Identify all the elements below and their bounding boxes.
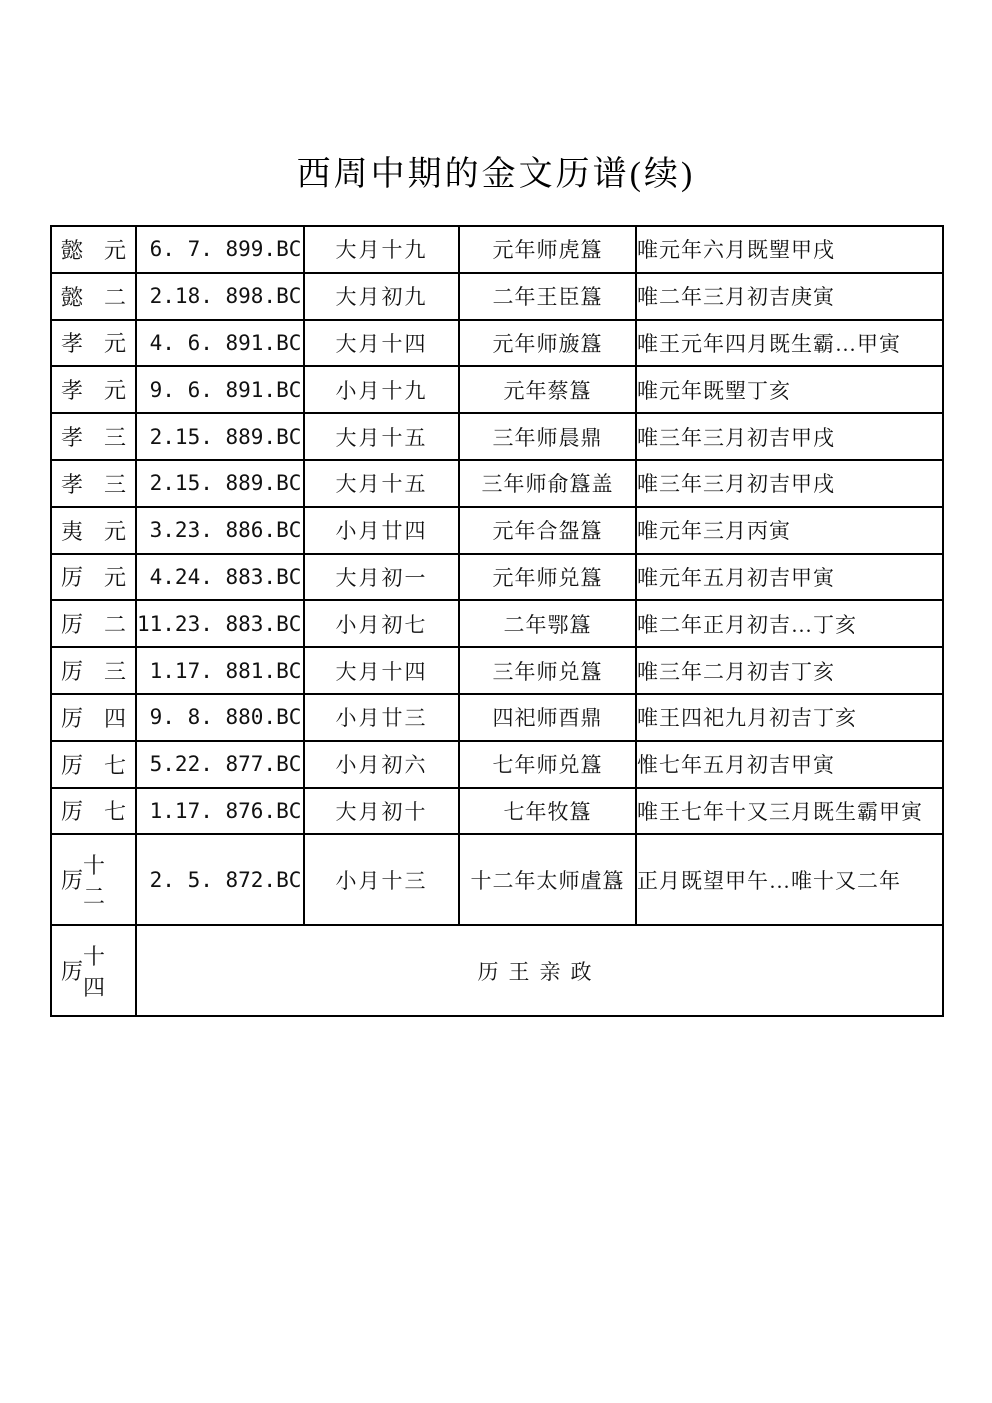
month-cell: 大月十四 xyxy=(304,647,459,694)
king-label: 厉 xyxy=(61,702,83,733)
month-cell: 大月十九 xyxy=(304,226,459,273)
date-cell: 4.24. 883.BC. xyxy=(136,554,304,601)
month-cell: 小月十九 xyxy=(304,366,459,413)
calendar-table: 懿 元 6. 7. 899.BC. 大月十九 元年师虎簋 唯元年六月既朢甲戌 懿… xyxy=(50,225,944,1017)
year-label: 三 xyxy=(104,421,126,452)
table-row: 厉 二 11.23. 883.BC. 小月初七 二年鄂簋 唯二年正月初吉…丁亥 xyxy=(51,600,943,647)
king-label: 厉 xyxy=(61,864,83,895)
vessel-cell: 十二年太师虘簋 xyxy=(459,834,636,925)
inscription-cell: 唯王四祀九月初吉丁亥 xyxy=(636,694,943,741)
king-label: 厉 xyxy=(61,655,83,686)
vessel-cell: 三年师晨鼎 xyxy=(459,413,636,460)
king-label: 厉 xyxy=(61,795,83,826)
table-row: 厉 三 1.17. 881.BC. 大月十四 三年师兑簋 唯三年二月初吉丁亥 xyxy=(51,647,943,694)
king-year-cell: 夷 元 xyxy=(51,507,136,554)
king-year-cell: 孝 三 xyxy=(51,460,136,507)
inscription-cell: 唯王七年十又三月既生霸甲寅 xyxy=(636,788,943,835)
table-row: 厉 十二 2. 5. 872.BC. 小月十三 十二年太师虘簋 正月既望甲午…唯… xyxy=(51,834,943,925)
king-label: 厉 xyxy=(61,608,83,639)
year-label: 三 xyxy=(104,468,126,499)
month-cell: 小月廿四 xyxy=(304,507,459,554)
table-row: 懿 二 2.18. 898.BC. 大月初九 二年王臣簋 唯二年三月初吉庚寅 xyxy=(51,273,943,320)
vessel-cell: 元年师虎簋 xyxy=(459,226,636,273)
document-page: 西周中期的金文历谱(续) 懿 元 6. 7. 899.BC. 大月十九 元年师虎… xyxy=(0,0,992,1403)
year-label: 十二 xyxy=(83,849,126,911)
month-cell: 小月廿三 xyxy=(304,694,459,741)
table-row: 孝 三 2.15. 889.BC. 大月十五 三年师晨鼎 唯三年三月初吉甲戌 xyxy=(51,413,943,460)
inscription-cell: 唯二年三月初吉庚寅 xyxy=(636,273,943,320)
king-year-cell: 孝 元 xyxy=(51,366,136,413)
vessel-cell: 元年合盌簋 xyxy=(459,507,636,554)
year-label: 二 xyxy=(104,608,126,639)
year-label: 七 xyxy=(104,749,126,780)
king-year-cell: 厉 十二 xyxy=(51,834,136,925)
king-year-cell: 厉 四 xyxy=(51,694,136,741)
inscription-cell: 唯元年六月既朢甲戌 xyxy=(636,226,943,273)
date-cell: 2.15. 889.BC. xyxy=(136,413,304,460)
king-year-cell: 厉 二 xyxy=(51,600,136,647)
inscription-cell: 唯三年三月初吉甲戌 xyxy=(636,460,943,507)
date-cell: 9. 6. 891.BC. xyxy=(136,366,304,413)
year-label: 七 xyxy=(104,795,126,826)
vessel-cell: 七年牧簋 xyxy=(459,788,636,835)
month-cell: 大月初十 xyxy=(304,788,459,835)
date-cell: 4. 6. 891.BC. xyxy=(136,320,304,367)
year-label: 三 xyxy=(104,655,126,686)
vessel-cell: 三年师俞簋盖 xyxy=(459,460,636,507)
month-cell: 小月初六 xyxy=(304,741,459,788)
date-cell: 2.15. 889.BC. xyxy=(136,460,304,507)
month-cell: 大月初一 xyxy=(304,554,459,601)
date-cell: 9. 8. 880.BC. xyxy=(136,694,304,741)
vessel-cell: 二年鄂簋 xyxy=(459,600,636,647)
king-year-cell: 孝 三 xyxy=(51,413,136,460)
king-year-cell: 厉 十四 xyxy=(51,925,136,1016)
vessel-cell: 二年王臣簋 xyxy=(459,273,636,320)
inscription-cell: 唯三年二月初吉丁亥 xyxy=(636,647,943,694)
date-cell: 11.23. 883.BC. xyxy=(136,600,304,647)
year-label: 元 xyxy=(104,374,126,405)
king-label: 孝 xyxy=(61,421,83,452)
vessel-cell: 元年蔡簋 xyxy=(459,366,636,413)
inscription-cell: 惟七年五月初吉甲寅 xyxy=(636,741,943,788)
king-label: 厉 xyxy=(61,561,83,592)
year-label: 二 xyxy=(104,281,126,312)
table-row: 夷 元 3.23. 886.BC. 小月廿四 元年合盌簋 唯元年三月丙寅 xyxy=(51,507,943,554)
vessel-cell: 三年师兑簋 xyxy=(459,647,636,694)
regnal-note-cell: 历王亲政 xyxy=(136,925,943,1016)
table-row: 厉 元 4.24. 883.BC. 大月初一 元年师兑簋 唯元年五月初吉甲寅 xyxy=(51,554,943,601)
table-row: 孝 三 2.15. 889.BC. 大月十五 三年师俞簋盖 唯三年三月初吉甲戌 xyxy=(51,460,943,507)
page-title: 西周中期的金文历谱(续) xyxy=(0,146,992,195)
table-row: 孝 元 4. 6. 891.BC. 大月十四 元年师旇簋 唯王元年四月既生霸…甲… xyxy=(51,320,943,367)
table-row: 厉 七 1.17. 876.BC. 大月初十 七年牧簋 唯王七年十又三月既生霸甲… xyxy=(51,788,943,835)
king-label: 夷 xyxy=(61,515,83,546)
inscription-cell: 唯元年五月初吉甲寅 xyxy=(636,554,943,601)
king-year-cell: 厉 三 xyxy=(51,647,136,694)
king-year-cell: 厉 七 xyxy=(51,788,136,835)
date-cell: 2. 5. 872.BC. xyxy=(136,834,304,925)
inscription-cell: 唯元年既朢丁亥 xyxy=(636,366,943,413)
king-year-cell: 厉 七 xyxy=(51,741,136,788)
month-cell: 大月十四 xyxy=(304,320,459,367)
date-cell: 1.17. 876.BC. xyxy=(136,788,304,835)
king-label: 懿 xyxy=(61,234,83,265)
table-row: 厉 四 9. 8. 880.BC. 小月廿三 四祀师酉鼎 唯王四祀九月初吉丁亥 xyxy=(51,694,943,741)
inscription-cell: 唯二年正月初吉…丁亥 xyxy=(636,600,943,647)
king-year-cell: 懿 元 xyxy=(51,226,136,273)
king-year-cell: 懿 二 xyxy=(51,273,136,320)
month-cell: 大月初九 xyxy=(304,273,459,320)
final-row: 厉 十四 历王亲政 xyxy=(51,925,943,1016)
month-cell: 大月十五 xyxy=(304,413,459,460)
king-label: 孝 xyxy=(61,374,83,405)
month-cell: 小月初七 xyxy=(304,600,459,647)
table-row: 孝 元 9. 6. 891.BC. 小月十九 元年蔡簋 唯元年既朢丁亥 xyxy=(51,366,943,413)
year-label: 元 xyxy=(104,327,126,358)
king-label: 孝 xyxy=(61,468,83,499)
date-cell: 2.18. 898.BC. xyxy=(136,273,304,320)
vessel-cell: 元年师旇簋 xyxy=(459,320,636,367)
year-label: 元 xyxy=(104,234,126,265)
inscription-cell: 唯元年三月丙寅 xyxy=(636,507,943,554)
month-cell: 小月十三 xyxy=(304,834,459,925)
month-cell: 大月十五 xyxy=(304,460,459,507)
vessel-cell: 四祀师酉鼎 xyxy=(459,694,636,741)
date-cell: 3.23. 886.BC. xyxy=(136,507,304,554)
king-label: 懿 xyxy=(61,281,83,312)
date-cell: 5.22. 877.BC. xyxy=(136,741,304,788)
date-cell: 6. 7. 899.BC. xyxy=(136,226,304,273)
year-label: 元 xyxy=(104,561,126,592)
inscription-cell: 唯王元年四月既生霸…甲寅 xyxy=(636,320,943,367)
inscription-cell: 唯三年三月初吉甲戌 xyxy=(636,413,943,460)
king-label: 厉 xyxy=(61,749,83,780)
king-label: 厉 xyxy=(61,955,83,986)
vessel-cell: 元年师兑簋 xyxy=(459,554,636,601)
date-cell: 1.17. 881.BC. xyxy=(136,647,304,694)
year-label: 四 xyxy=(104,702,126,733)
king-year-cell: 厉 元 xyxy=(51,554,136,601)
year-label: 元 xyxy=(104,515,126,546)
inscription-cell: 正月既望甲午…唯十又二年 xyxy=(636,834,943,925)
year-label: 十四 xyxy=(83,940,126,1002)
vessel-cell: 七年师兑簋 xyxy=(459,741,636,788)
table-row: 懿 元 6. 7. 899.BC. 大月十九 元年师虎簋 唯元年六月既朢甲戌 xyxy=(51,226,943,273)
king-year-cell: 孝 元 xyxy=(51,320,136,367)
king-label: 孝 xyxy=(61,327,83,358)
table-row: 厉 七 5.22. 877.BC. 小月初六 七年师兑簋 惟七年五月初吉甲寅 xyxy=(51,741,943,788)
